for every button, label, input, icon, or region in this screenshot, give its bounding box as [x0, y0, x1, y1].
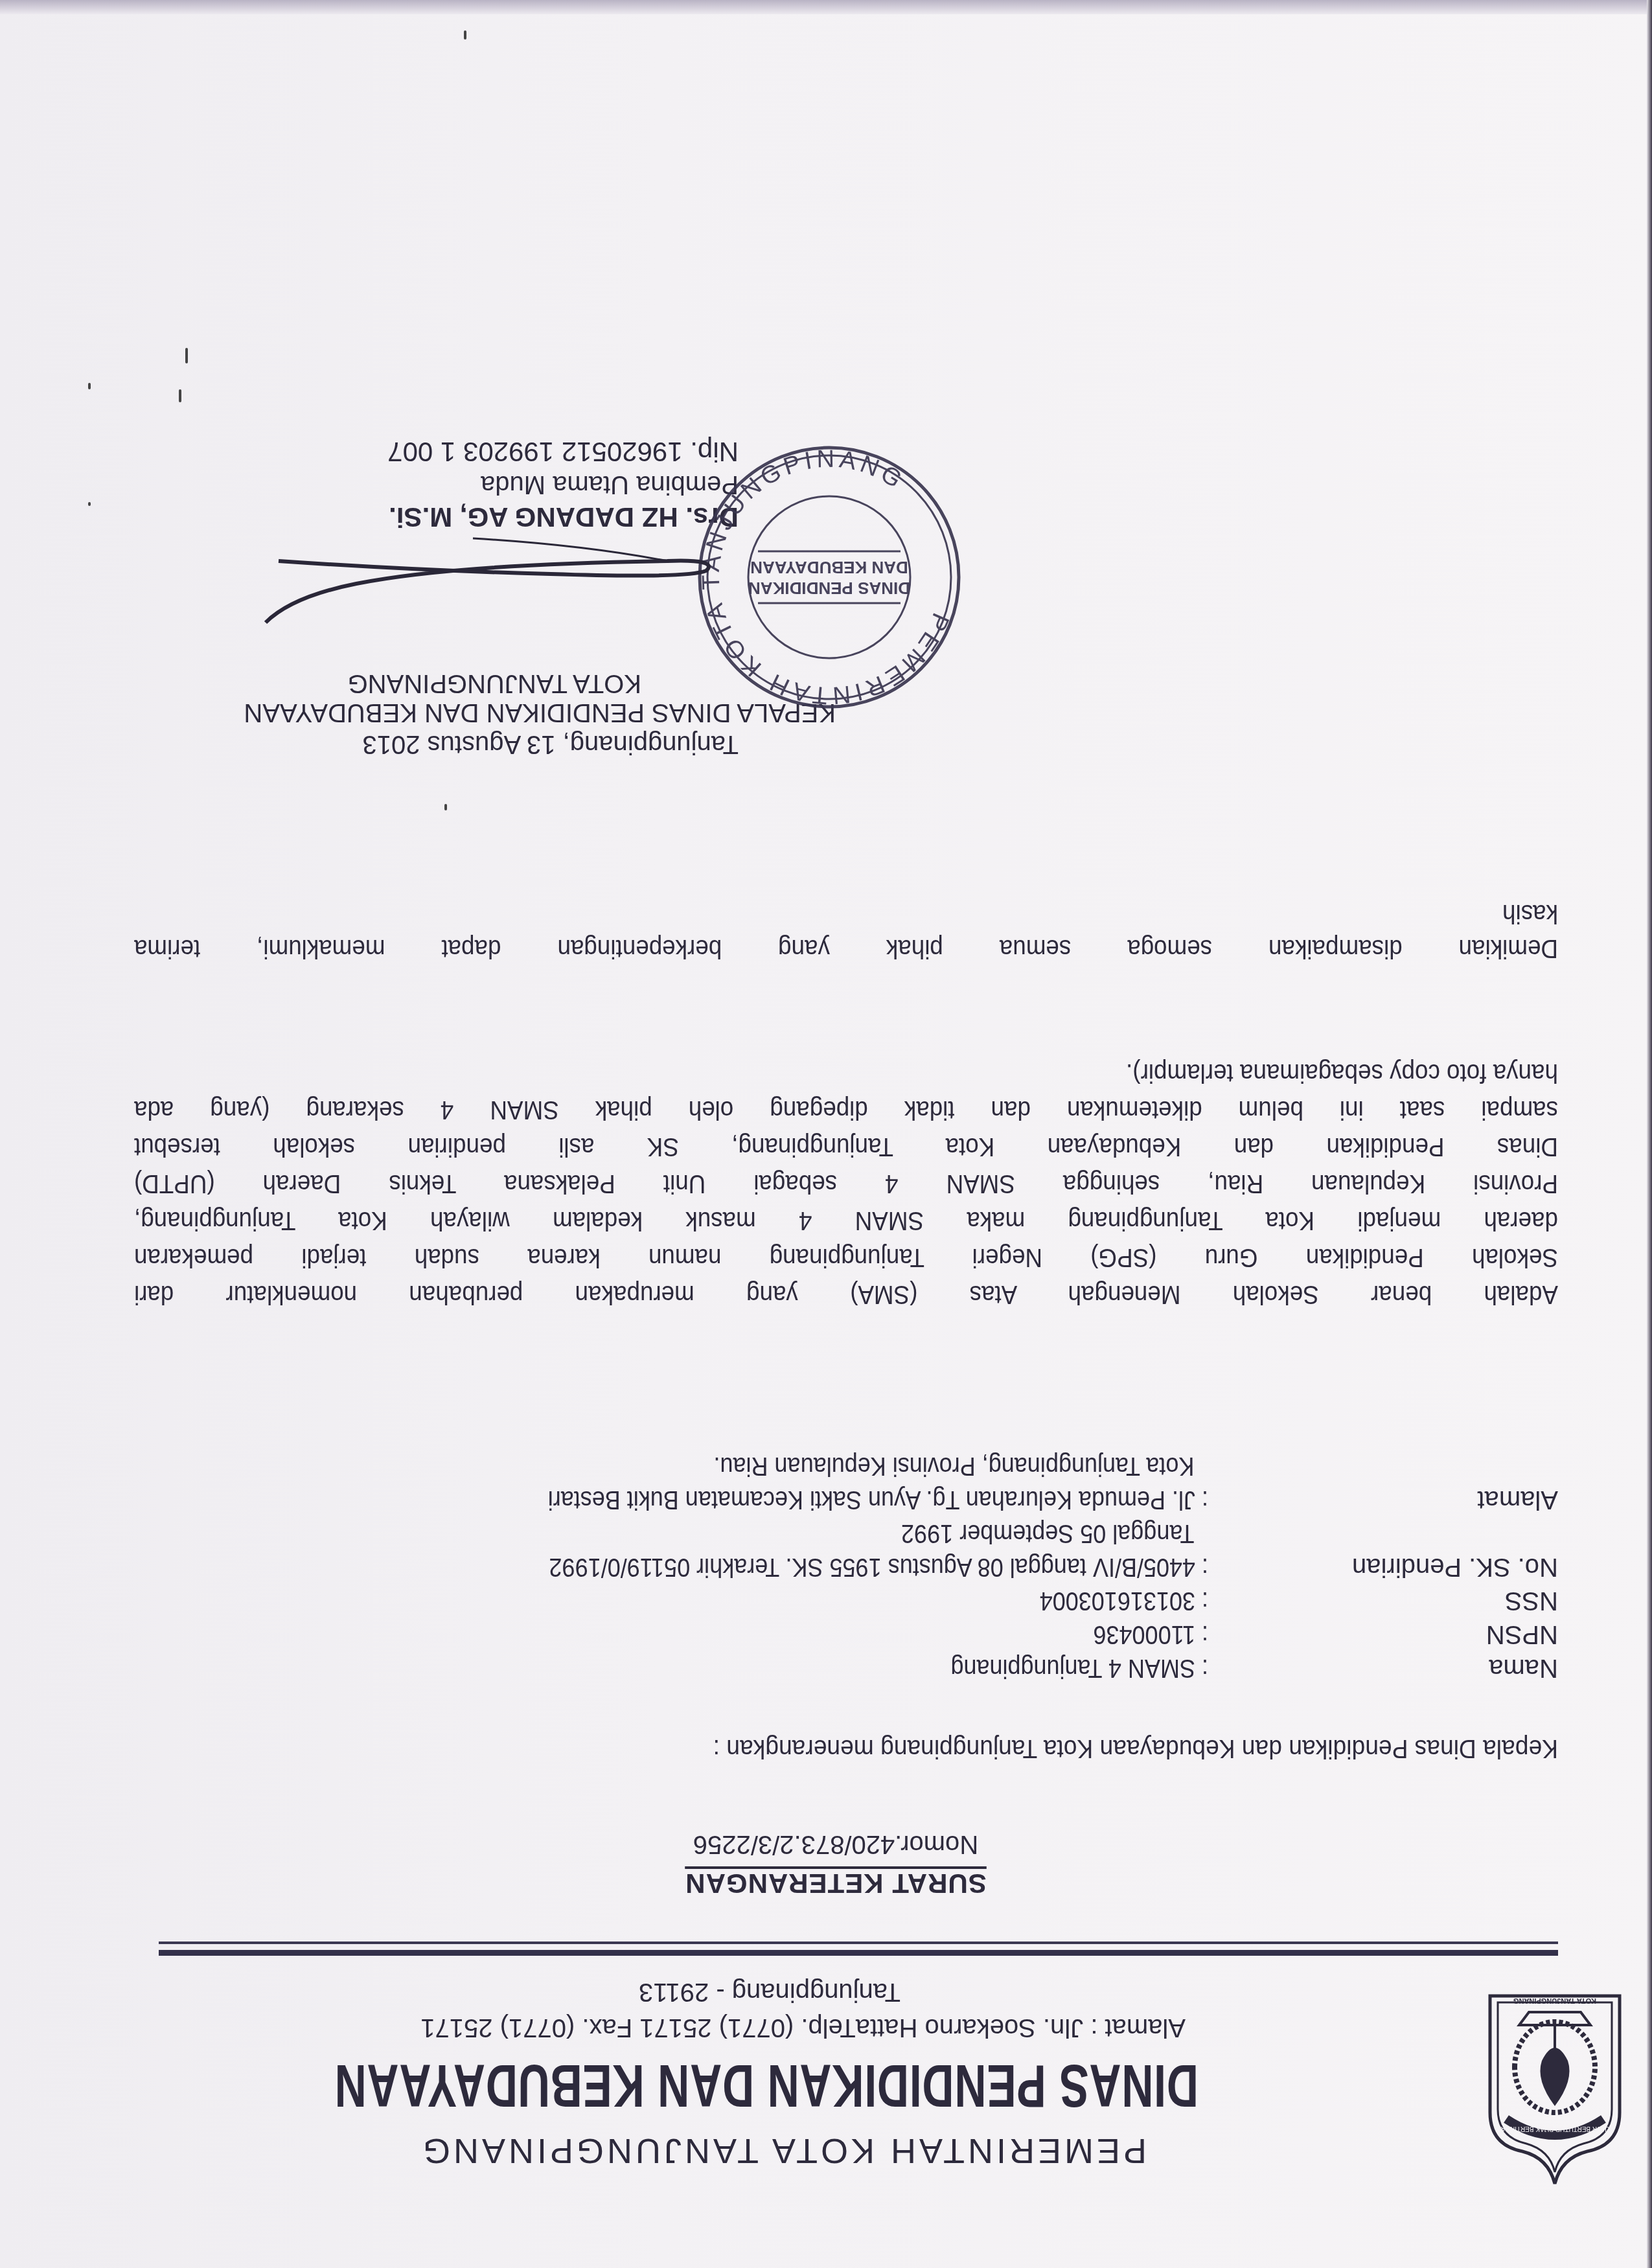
field-value-continued: Tanggal 05 September 1992 — [549, 1517, 1208, 1550]
field-row-nama: Nama : SMAN 4 Tanjungpinang — [475, 1651, 1558, 1685]
field-row-alamat: Alamat : Jl. Pemuda Kelurahan Tg. Ayun S… — [475, 1449, 1558, 1517]
school-details: Nama : SMAN 4 Tanjungpinang NPSN : 11000… — [475, 1449, 1558, 1685]
body-line: Dinas Pendidikan dan Kebudayaan Kota Tan… — [134, 1128, 1558, 1165]
field-label: Alamat — [1208, 1449, 1558, 1517]
scan-speck — [444, 804, 447, 810]
letter-number: Nomor.420/873.2/3/2256 — [641, 1829, 1030, 1859]
closing-line: Demikian disampaikan semoga semua pihak … — [134, 931, 1558, 966]
letter-title: SURAT KETERANGAN — [641, 1868, 1030, 1899]
body-line: hanya foto copy sebagaimana terlampir). — [134, 1054, 1558, 1091]
scan-speck — [179, 389, 181, 402]
field-label: NPSN — [1208, 1618, 1558, 1651]
signatory-name: Drs. HZ DADANG AG, M.Si. — [253, 501, 739, 533]
scan-speck — [88, 502, 91, 506]
signatory-rank: Pembina Utama Muda — [253, 470, 739, 499]
letterhead-rule-thick — [159, 1950, 1558, 1956]
field-value: : 4405/B/IV tanggal 08 Agustus 1955 SK. … — [549, 1550, 1208, 1584]
closing-paragraph: Demikian disampaikan semoga semua pihak … — [133, 896, 1558, 966]
letterhead-rule-thin — [159, 1942, 1558, 1944]
scan-shadow-edge — [0, 0, 1652, 14]
government-name: PEMERINTAH KOTA TANJUNGPINANG — [324, 2131, 1147, 2171]
city-emblem-icon: JUJUR BERTUTUR BIJAK BERTINDAK KOTA TANJ… — [1477, 1983, 1633, 2190]
office-address: Alamat : Jln. Soekarno HattaTelp. (0771)… — [324, 2013, 1186, 2042]
field-label: Nama — [1208, 1651, 1558, 1685]
field-row-nss: NSS : 301316103004 — [475, 1584, 1558, 1618]
body-line: sampai saat ini belum diketemukan dan ti… — [134, 1091, 1558, 1128]
signature-block: Tanjungpinang, 13 Agustus 2013 KEPALA DI… — [253, 436, 836, 759]
body-line: Sekolah Pendidikan Guru (SPG) Negeri Tan… — [134, 1239, 1558, 1276]
field-row-npsn: NPSN : 11000436 — [475, 1618, 1558, 1651]
letterhead: PEMERINTAH KOTA TANJUNGPINANG DINAS PEND… — [324, 1977, 1199, 2171]
scan-shadow-edge-side — [1647, 0, 1652, 2268]
field-row-sk-pendirian: No. SK. Pendirian : 4405/B/IV tanggal 08… — [475, 1517, 1558, 1584]
signatory-nip: Nip. 19620512 199203 1 007 — [253, 436, 739, 467]
scanned-letter: JUJUR BERTUTUR BIJAK BERTINDAK KOTA TANJ… — [0, 0, 1652, 2268]
field-value: : 11000436 — [1093, 1618, 1208, 1651]
letter-title-block: SURAT KETERANGAN Nomor.420/873.2/3/2256 — [641, 1829, 1030, 1899]
signatory-role: KEPALA DINAS PENDIDIKAN DAN KEBUDAYAAN — [253, 698, 836, 727]
closing-line: kasih — [134, 896, 1558, 931]
signatory-role-city: KOTA TANJUNGPINANG — [253, 669, 641, 698]
field-value: : SMAN 4 Tanjungpinang — [950, 1651, 1208, 1685]
intro-sentence: Kepala Dinas Pendidikan dan Kebudayaan K… — [713, 1734, 1558, 1763]
field-value: : 301316103004 — [1040, 1584, 1208, 1618]
body-line: Adalah benar Sekolah Menengah Atas (SMA)… — [134, 1276, 1558, 1312]
field-label: No. SK. Pendirian — [1208, 1517, 1558, 1584]
scan-speck — [464, 30, 466, 40]
svg-text:KOTA TANJUNGPINANG: KOTA TANJUNGPINANG — [1513, 1997, 1596, 2004]
body-paragraph: Adalah benar Sekolah Menengah Atas (SMA)… — [133, 1054, 1558, 1312]
body-line: daerah menjadi Kota Tanjungpinang maka S… — [134, 1202, 1558, 1239]
office-city-postcode: Tanjungpinang - 29113 — [324, 1977, 901, 2006]
field-label: NSS — [1208, 1584, 1558, 1618]
scan-speck — [88, 383, 91, 389]
field-value-continued: Kota Tanjungpinang, Provinsi Kepulauan R… — [548, 1449, 1208, 1483]
svg-text:JUJUR BERTUTUR BIJAK BERTINDAK: JUJUR BERTUTUR BIJAK BERTINDAK — [1497, 2125, 1612, 2132]
scan-speck — [185, 348, 188, 363]
place-date: Tanjungpinang, 13 Agustus 2013 — [253, 729, 739, 759]
field-value: : Jl. Pemuda Kelurahan Tg. Ayun Sakti Ke… — [548, 1483, 1208, 1517]
office-name: DINAS PENDIDIKAN DAN KEBUDAYAAN — [551, 2051, 1199, 2119]
body-line: Provinsi Kepulauan Riau, sehingga SMAN 4… — [134, 1165, 1558, 1202]
